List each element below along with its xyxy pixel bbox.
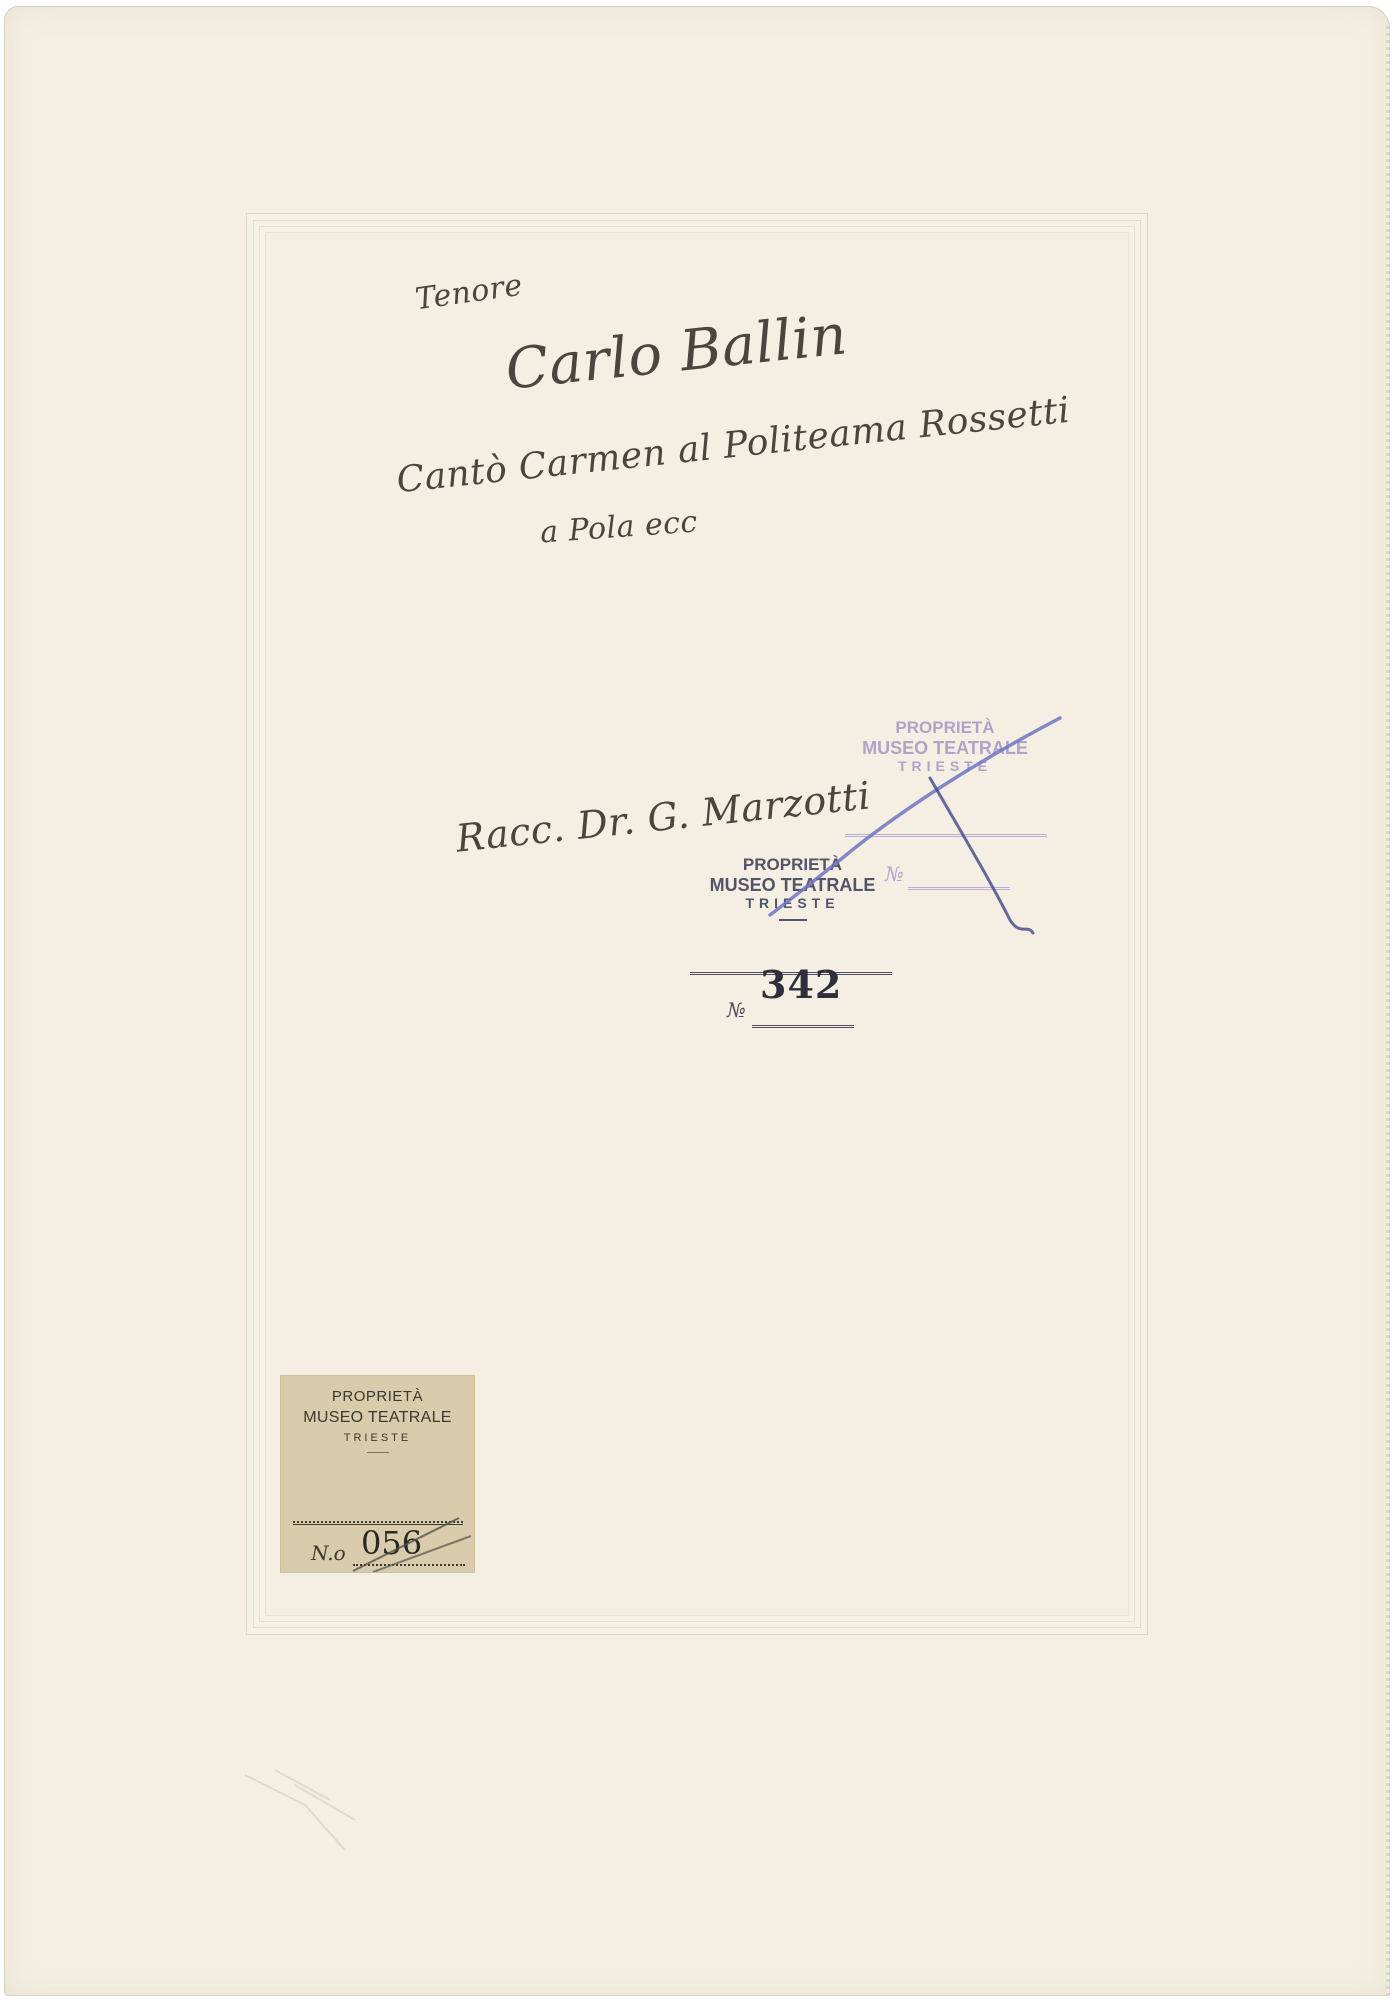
purple-stamp-line3: TRIESTE: [855, 758, 1035, 774]
purple-stamp-number-label: №: [885, 862, 904, 886]
purple-stamp-line2: MUSEO TEATRALE: [855, 738, 1035, 759]
museum-property-label: PROPRIETÀ MUSEO TEATRALE TRIESTE N.o 056: [281, 1376, 474, 1572]
dark-stamp-line1: PROPRIETÀ: [700, 855, 885, 875]
purple-stamp-line1: PROPRIETÀ: [855, 718, 1035, 738]
dark-stamp-line3: TRIESTE: [700, 895, 885, 911]
dark-stamp-dash: [779, 919, 807, 921]
paper-crease: [235, 1765, 375, 1855]
mount-card: [4, 6, 1390, 1996]
purple-stamp: PROPRIETÀ MUSEO TEATRALE TRIESTE: [855, 718, 1035, 774]
dark-stamp-number: 342: [760, 962, 842, 1007]
label-strike-lines: [281, 1376, 474, 1572]
dark-stamp-rule-bottom: [752, 1025, 854, 1028]
dark-stamp: PROPRIETÀ MUSEO TEATRALE TRIESTE: [700, 855, 885, 921]
purple-stamp-rule-top: [845, 834, 1047, 837]
dark-stamp-line2: MUSEO TEATRALE: [700, 875, 885, 896]
purple-stamp-rule-bottom: [908, 887, 1010, 890]
dark-stamp-number-label: №: [727, 998, 746, 1022]
